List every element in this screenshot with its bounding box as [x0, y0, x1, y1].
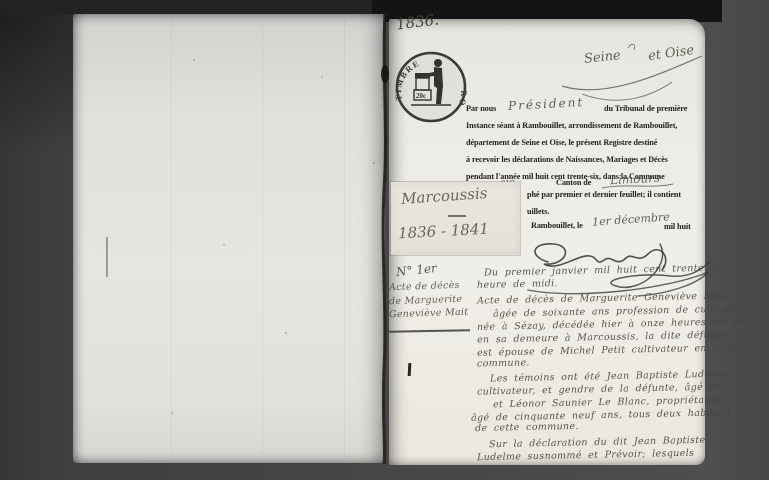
act-body-line: de cette commune. [475, 421, 579, 434]
declaration-line7: phé par premier et dernier feuillet; il … [527, 190, 681, 199]
cover-label-title: Marcoussis [400, 184, 488, 208]
declaration-line4: à recevoir les déclarations de Naissance… [466, 155, 668, 164]
declaration-line2: Instance séant à Rambouillet, arrondisse… [466, 121, 677, 130]
declaration-line3: département de Seine et Oise, le présent… [466, 138, 657, 147]
page-fold-line [262, 22, 263, 455]
paper-specks [73, 14, 75, 16]
scanned-register-page: 1836. TIMBRE ROYAL 20c Seine et Oise Par… [0, 0, 769, 480]
act-body-line: heure de midi. [477, 278, 558, 291]
book-page-left [73, 14, 385, 463]
cover-label: Marcoussis 1836 - 1841 [391, 182, 520, 255]
stamp-value-text: 20c [416, 92, 426, 100]
declaration-line8: uillets. [527, 207, 549, 216]
page-fold-line [171, 20, 172, 457]
tax-stamp-icon: TIMBRE ROYAL 20c [391, 46, 471, 126]
declaration-line1-pre: Par nous [466, 104, 496, 113]
ink-scratch [106, 237, 108, 277]
declaration-canton-label: Canton de [556, 178, 591, 187]
cover-label-years: 1836 - 1841 [398, 220, 490, 243]
declaration-line1-post: du Tribunal de première [604, 104, 687, 113]
act-body-line: commune. [477, 357, 530, 369]
cover-label-dash [448, 215, 466, 217]
scan-top-strip [0, 0, 400, 15]
page-fold-line [344, 20, 345, 457]
